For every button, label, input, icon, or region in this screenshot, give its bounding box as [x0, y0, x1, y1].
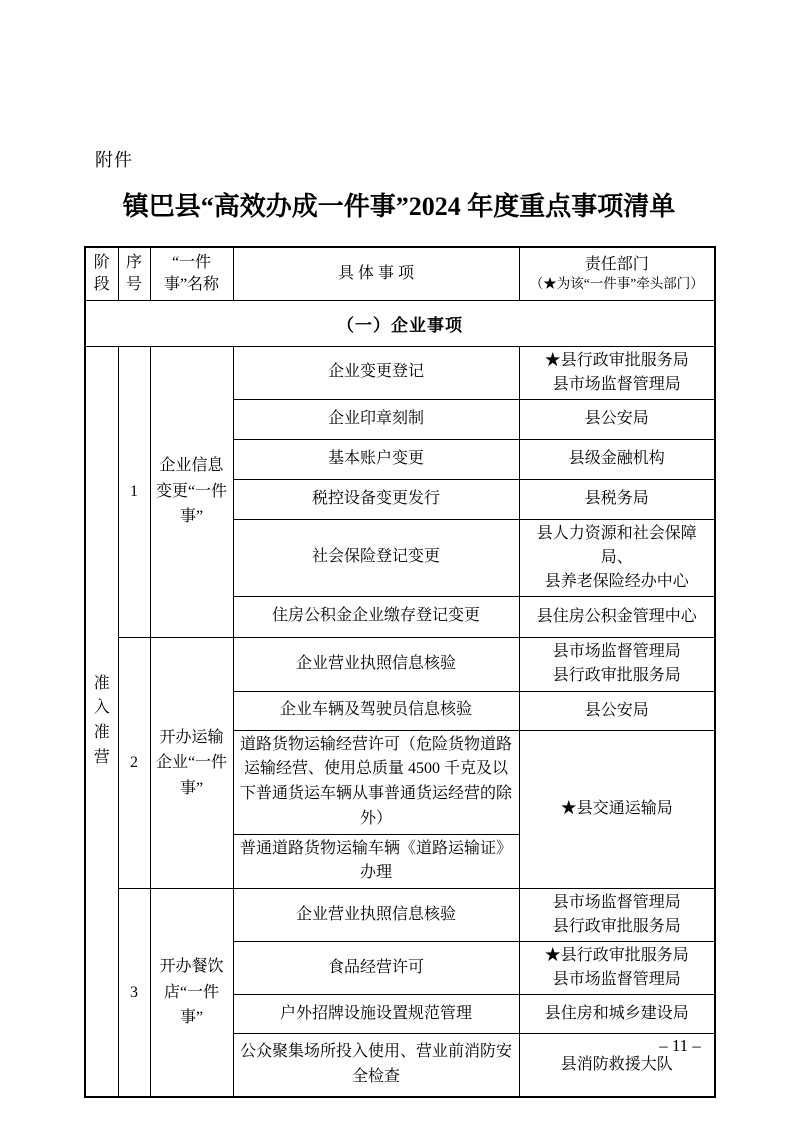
item-cell: 企业营业执照信息核验: [233, 889, 519, 942]
department-cell: ★县行政审批服务局 县市场监督管理局: [519, 942, 715, 995]
item-cell: 住房公积金企业缴存登记变更: [233, 596, 519, 637]
item-cell: 企业印章刻制: [233, 399, 519, 439]
department-cell: 县公安局: [519, 399, 715, 439]
header-stage: 阶段: [85, 247, 118, 300]
header-index: 序号: [118, 247, 150, 300]
item-cell: 税控设备变更发行: [233, 479, 519, 519]
group-index: 2: [118, 637, 150, 889]
document-page: 附件 镇巴县“高效办成一件事”2024 年度重点事项清单 阶段 序号 “一件事”…: [0, 0, 793, 1122]
item-cell: 基本账户变更: [233, 439, 519, 479]
page-number: – 11 –: [638, 1036, 722, 1056]
stage-cell: 准入准营: [85, 346, 118, 1097]
header-department-line2: （★为该“一件事”牵头部门）: [524, 275, 711, 293]
department-cell: 县税务局: [519, 479, 715, 519]
department-cell: 县公安局: [519, 691, 715, 730]
item-cell: 户外招牌设施设置规范管理: [233, 995, 519, 1034]
department-cell: 县人力资源和社会保障局、 县养老保险经办中心: [519, 519, 715, 596]
items-table: 阶段 序号 “一件事”名称 具 体 事 项 责任部门 （★为该“一件事”牵头部门…: [84, 246, 716, 1098]
page-title: 镇巴县“高效办成一件事”2024 年度重点事项清单: [80, 186, 718, 223]
table-row: 2 开办运输企业“一件事” 企业营业执照信息核验 县市场监督管理局 县行政审批服…: [85, 637, 715, 691]
group-index: 1: [118, 346, 150, 637]
department-cell: 县市场监督管理局 县行政审批服务局: [519, 889, 715, 942]
department-cell: 县住房和城乡建设局: [519, 995, 715, 1034]
attachment-label: 附件: [95, 146, 133, 172]
item-cell: 企业营业执照信息核验: [233, 637, 519, 691]
section-row: （一）企业事项: [85, 300, 715, 346]
header-department-line1: 责任部门: [524, 254, 711, 276]
item-cell: 企业车辆及驾驶员信息核验: [233, 691, 519, 730]
group-name: 开办餐饮店“一件事”: [150, 889, 233, 1097]
department-cell: ★县行政审批服务局 县市场监督管理局: [519, 346, 715, 399]
department-cell: 县级金融机构: [519, 439, 715, 479]
group-name: 开办运输企业“一件事”: [150, 637, 233, 889]
group-index: 3: [118, 889, 150, 1097]
department-cell: ★县交通运输局: [519, 730, 715, 889]
header-department: 责任部门 （★为该“一件事”牵头部门）: [519, 247, 715, 300]
item-cell: 企业变更登记: [233, 346, 519, 399]
header-item: 具 体 事 项: [233, 247, 519, 300]
item-cell: 社会保险登记变更: [233, 519, 519, 596]
table-header-row: 阶段 序号 “一件事”名称 具 体 事 项 责任部门 （★为该“一件事”牵头部门…: [85, 247, 715, 300]
item-cell: 普通道路货物运输车辆《道路运输证》办理: [233, 834, 519, 889]
item-cell: 道路货物运输经营许可（危险货物道路运输经营、使用总质量 4500 千克及以下普通…: [233, 730, 519, 834]
item-cell: 公众聚集场所投入使用、营业前消防安全检查: [233, 1034, 519, 1097]
table-row: 准入准营 1 企业信息变更“一件事” 企业变更登记 ★县行政审批服务局 县市场监…: [85, 346, 715, 399]
section-title: （一）企业事项: [85, 300, 715, 346]
group-name: 企业信息变更“一件事”: [150, 346, 233, 637]
department-cell: 县住房公积金管理中心: [519, 596, 715, 637]
table-row: 3 开办餐饮店“一件事” 企业营业执照信息核验 县市场监督管理局 县行政审批服务…: [85, 889, 715, 942]
department-cell: 县市场监督管理局 县行政审批服务局: [519, 637, 715, 691]
item-cell: 食品经营许可: [233, 942, 519, 995]
header-name: “一件事”名称: [150, 247, 233, 300]
